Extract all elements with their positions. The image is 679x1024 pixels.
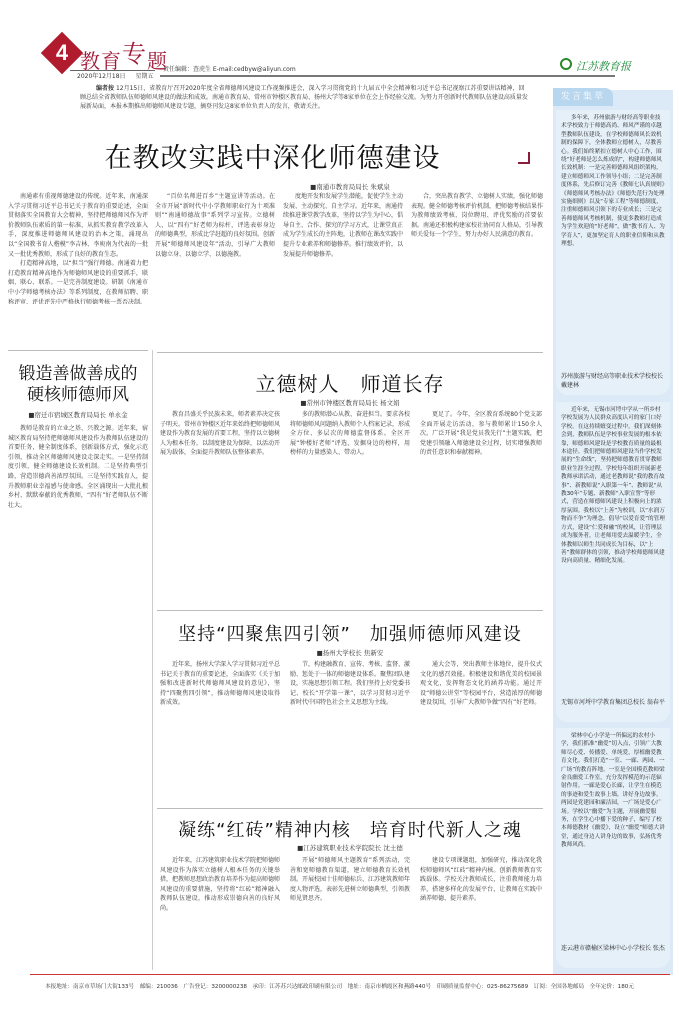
paragraph: 近年来，江苏建筑职业技术学院把师德师风建设作为落实立德树人根本任务的关键举措，把… (160, 856, 280, 914)
paragraph: 南通素有重视师德建设的传统。近年来，南通深入学习贯彻习近平总书记关于教育的重要论… (8, 192, 148, 259)
middle-article-col2: 多的教师潜心从教、奋进担当。要求各校将师德师风问题纳入教师个人档案记录，形成全方… (290, 410, 410, 605)
newspaper-brand: 江苏教育报 (576, 58, 631, 74)
sidebar-item-signature: 连云港市赣榆区梁林中心小学校长 张杰 (556, 944, 670, 953)
paragraph: 梁林中心小学是一所偏远的农村小学，我们抓准“幽爱”切入点，引领广大教师尽心爱、传… (561, 732, 665, 850)
divider (8, 350, 148, 351)
page-number: 4 (47, 38, 77, 68)
paragraph: 多年来，苏州旅游与财经高等职业技术学校致力于师德高尚、师风严谨的卓越型教师队伍建… (561, 114, 665, 249)
main-article-col1: 南通素有重视师德建设的传统。近年来，南通深入学习贯彻习近平总书记关于教育的重要论… (8, 192, 148, 304)
left-article-title: 锻造善做善成的 硬核师德师风 (8, 364, 148, 406)
jianzhu-article-byline: ■江苏建筑职业技术学院院长 沈士德 (160, 843, 540, 852)
sidebar-item: 近年来，无锡市河埒中学从一所乡村学校发展为人民群众高度认可的家门口好学校。在这持… (556, 402, 670, 722)
main-article-col2: “百位名师进百乡”主题宣讲等活动。在全市开展“新时代中小学教师职业行为十项准则”… (155, 192, 275, 342)
paragraph: 打造精神高地，以“担当”强行师德。南通着力把打造教育精神高地作为师德师风建设的重… (8, 259, 148, 304)
paragraph: 通大会等，突出教师主体地位，提升仪式文化的感召效能。积极建设和谐优美的校园景观文… (420, 660, 542, 708)
editor-note-tag: 编者按 (96, 85, 114, 92)
footer-imprint: 本报地址：南京市草场门大街133号 邮编：210036 广告登记：3200000… (0, 982, 679, 990)
middle-article-title: 立德树人 师道长存 (160, 368, 540, 397)
weekday-text: 星期五 (135, 73, 153, 80)
sidebar-item-text: 近年来，无锡市河埒中学从一所乡村学校发展为人民群众高度认可的家门口好学校。在这持… (556, 402, 670, 698)
paragraph: 合，突出教育教学、立德树人实绩，强化师德表现。健全师德考核评价机制，把师德考核结… (411, 192, 543, 240)
divider (157, 808, 543, 809)
yangzhou-article-title: 坚持“四聚焦四引领” 加强师德师风建设 (160, 620, 540, 646)
main-article-col4: 合，突出教育教学、立德树人实绩，强化师德表现。健全师德考核评价机制，把师德考核结… (411, 192, 543, 342)
divider (157, 352, 543, 353)
paragraph: 教育昌盛关乎民族未来，师者素养决定孩子明天。常州市钟楼区近年来始终把师德师风建设… (160, 410, 280, 458)
editor-info: 责任编辑：查虎生 E-mail:cedbyw@aliyun.com (163, 64, 296, 73)
sidebar-item-text: 多年来，苏州旅游与财经高等职业技术学校致力于师德高尚、师风严谨的卓越型教师队伍建… (556, 110, 670, 372)
paragraph: 教师是教育的立业之基、兴教之源。近年来，宿城区教育局坚持把师德师风建设作为教师队… (8, 424, 148, 510)
paragraph: 建设专项课题组，加强研究，推动深化我校师德师风“红砖”精神内核。创新教师教育实践… (420, 856, 542, 904)
yangzhou-article-col1: 近年来，扬州大学深入学习贯彻习近平总书记关于教育的重要论述，全面落实《关于加强和… (160, 660, 280, 805)
yangzhou-article-col2: 节，构建融教育、宣传、考核、监督、激励、惩处于一体的师德建设体系。聚焦团队建设，… (290, 660, 410, 805)
yangzhou-article-byline: ■扬州大学校长 焦新安 (160, 648, 540, 657)
header-rule-right (160, 75, 615, 77)
jianzhu-article-col1: 近年来，江苏建筑职业技术学院把师德师风建设作为落实立德树人根本任务的关键举措，把… (160, 856, 280, 971)
editor-note: 编者按 12月15日，省教育厅召开2020年度全省师德师风建设工作视频推进会，深… (80, 84, 530, 111)
paragraph: “百位名师进百乡”主题宣讲等活动。在全市开展“新时代中小学教师职业行为十项准则”… (155, 192, 275, 259)
footer-rule (30, 974, 670, 975)
paragraph: 更足了。今年，全区教育系统80个党支部全面开展走访活动，参与教师累计150余人次… (420, 410, 542, 458)
left-article-byline: ■宿迁市宿城区教育局局长 单永金 (8, 410, 148, 419)
sidebar-item: 多年来，苏州旅游与财经高等职业技术学校致力于师德高尚、师风严谨的卓越型教师队伍建… (556, 110, 670, 395)
title-line: 硬核师德师风 (8, 385, 148, 406)
middle-article-col1: 教育昌盛关乎民族未来，师者素养决定孩子明天。常州市钟楼区近年来始终把师德师风建设… (160, 410, 280, 605)
divider (157, 610, 543, 611)
sidebar-item-signature: 无锡市河埒中学教育集团总校长 翁春平 (556, 698, 670, 707)
left-article-body: 教师是教育的立业之基、兴教之源。近年来，宿城区教育局坚持把师德师风建设作为教师队… (8, 424, 148, 972)
yangzhou-article-col3: 通大会等，突出教师主体地位，提升仪式文化的感召效能。积极建设和谐优美的校园景观文… (420, 660, 542, 805)
main-article-col3: 度地开发和发展学生潜能，促使学生主动发展、主动探究、自主学习。近年来，南通持续推… (283, 192, 403, 342)
middle-article-col3: 更足了。今年，全区教育系统80个党支部全面开展走访活动，参与教师累计150余人次… (420, 410, 542, 605)
sidebar-tab: 发言集萃 (553, 88, 613, 106)
newspaper-logo-icon (560, 58, 572, 70)
section-title-b: 专 (122, 40, 147, 68)
issue-date: 2020年12月18日 星期五 (77, 71, 153, 80)
column-divider (152, 350, 153, 970)
paragraph: 近年来，扬州大学深入学习贯彻习近平总书记关于教育的重要论述，全面落实《关于加强和… (160, 660, 280, 708)
sidebar-item-text: 梁林中心小学是一所偏远的农村小学，我们抓准“幽爱”切入点，引领广大教师尽心爱、传… (556, 728, 670, 944)
middle-article-byline: ■常州市钟楼区教育局局长 杨文娟 (160, 398, 540, 407)
main-article-byline: ■南通市教育局局长 朱斌泉 (160, 182, 540, 191)
sidebar-item: 梁林中心小学是一所偏远的农村小学，我们抓准“幽爱”切入点，引领广大教师尽心爱、传… (556, 728, 670, 968)
paragraph: 节，构建融教育、宣传、考核、监督、激励、惩处于一体的师德建设体系。聚焦团队建设，… (290, 660, 410, 708)
date-text: 2020年12月18日 (77, 73, 126, 80)
jianzhu-article-col3: 建设专项课题组，加强研究，推动深化我校师德师风“红砖”精神内核。创新教师教育实践… (420, 856, 542, 971)
jianzhu-article-col2: 开展“师德师风主题教育”系列活动，完善和宽师德教育渠道，建立师德教育长效机制。开… (290, 856, 410, 971)
editor-note-text: 12月15日，省教育厅召开2020年度全省师德师风建设工作视频推进会，深入学习贯… (80, 85, 528, 110)
sidebar-item-signature: 苏州旅游与财经高等职业技术学校校长 戴建林 (556, 372, 670, 390)
jianzhu-article-title: 凝练“红砖”精神内核 培育时代新人之魂 (160, 816, 540, 842)
paragraph: 近年来，无锡市河埒中学从一所乡村学校发展为人民群众高度认可的家门口好学校。在这持… (561, 406, 665, 566)
title-line: 锻造善做善成的 (8, 364, 148, 385)
paragraph: 度地开发和发展学生潜能，促使学生主动发展、主动探究、自主学习。近年来，南通持续推… (283, 192, 403, 259)
paragraph: 开展“师德师风主题教育”系列活动，完善和宽师德教育渠道，建立师德教育长效机制。开… (290, 856, 410, 904)
main-article-title: 在教改实践中深化师德建设 (0, 136, 545, 175)
paragraph: 多的教师潜心从教、奋进担当。要求各校将师德师风问题纳入教师个人档案记录，形成全方… (290, 410, 410, 458)
